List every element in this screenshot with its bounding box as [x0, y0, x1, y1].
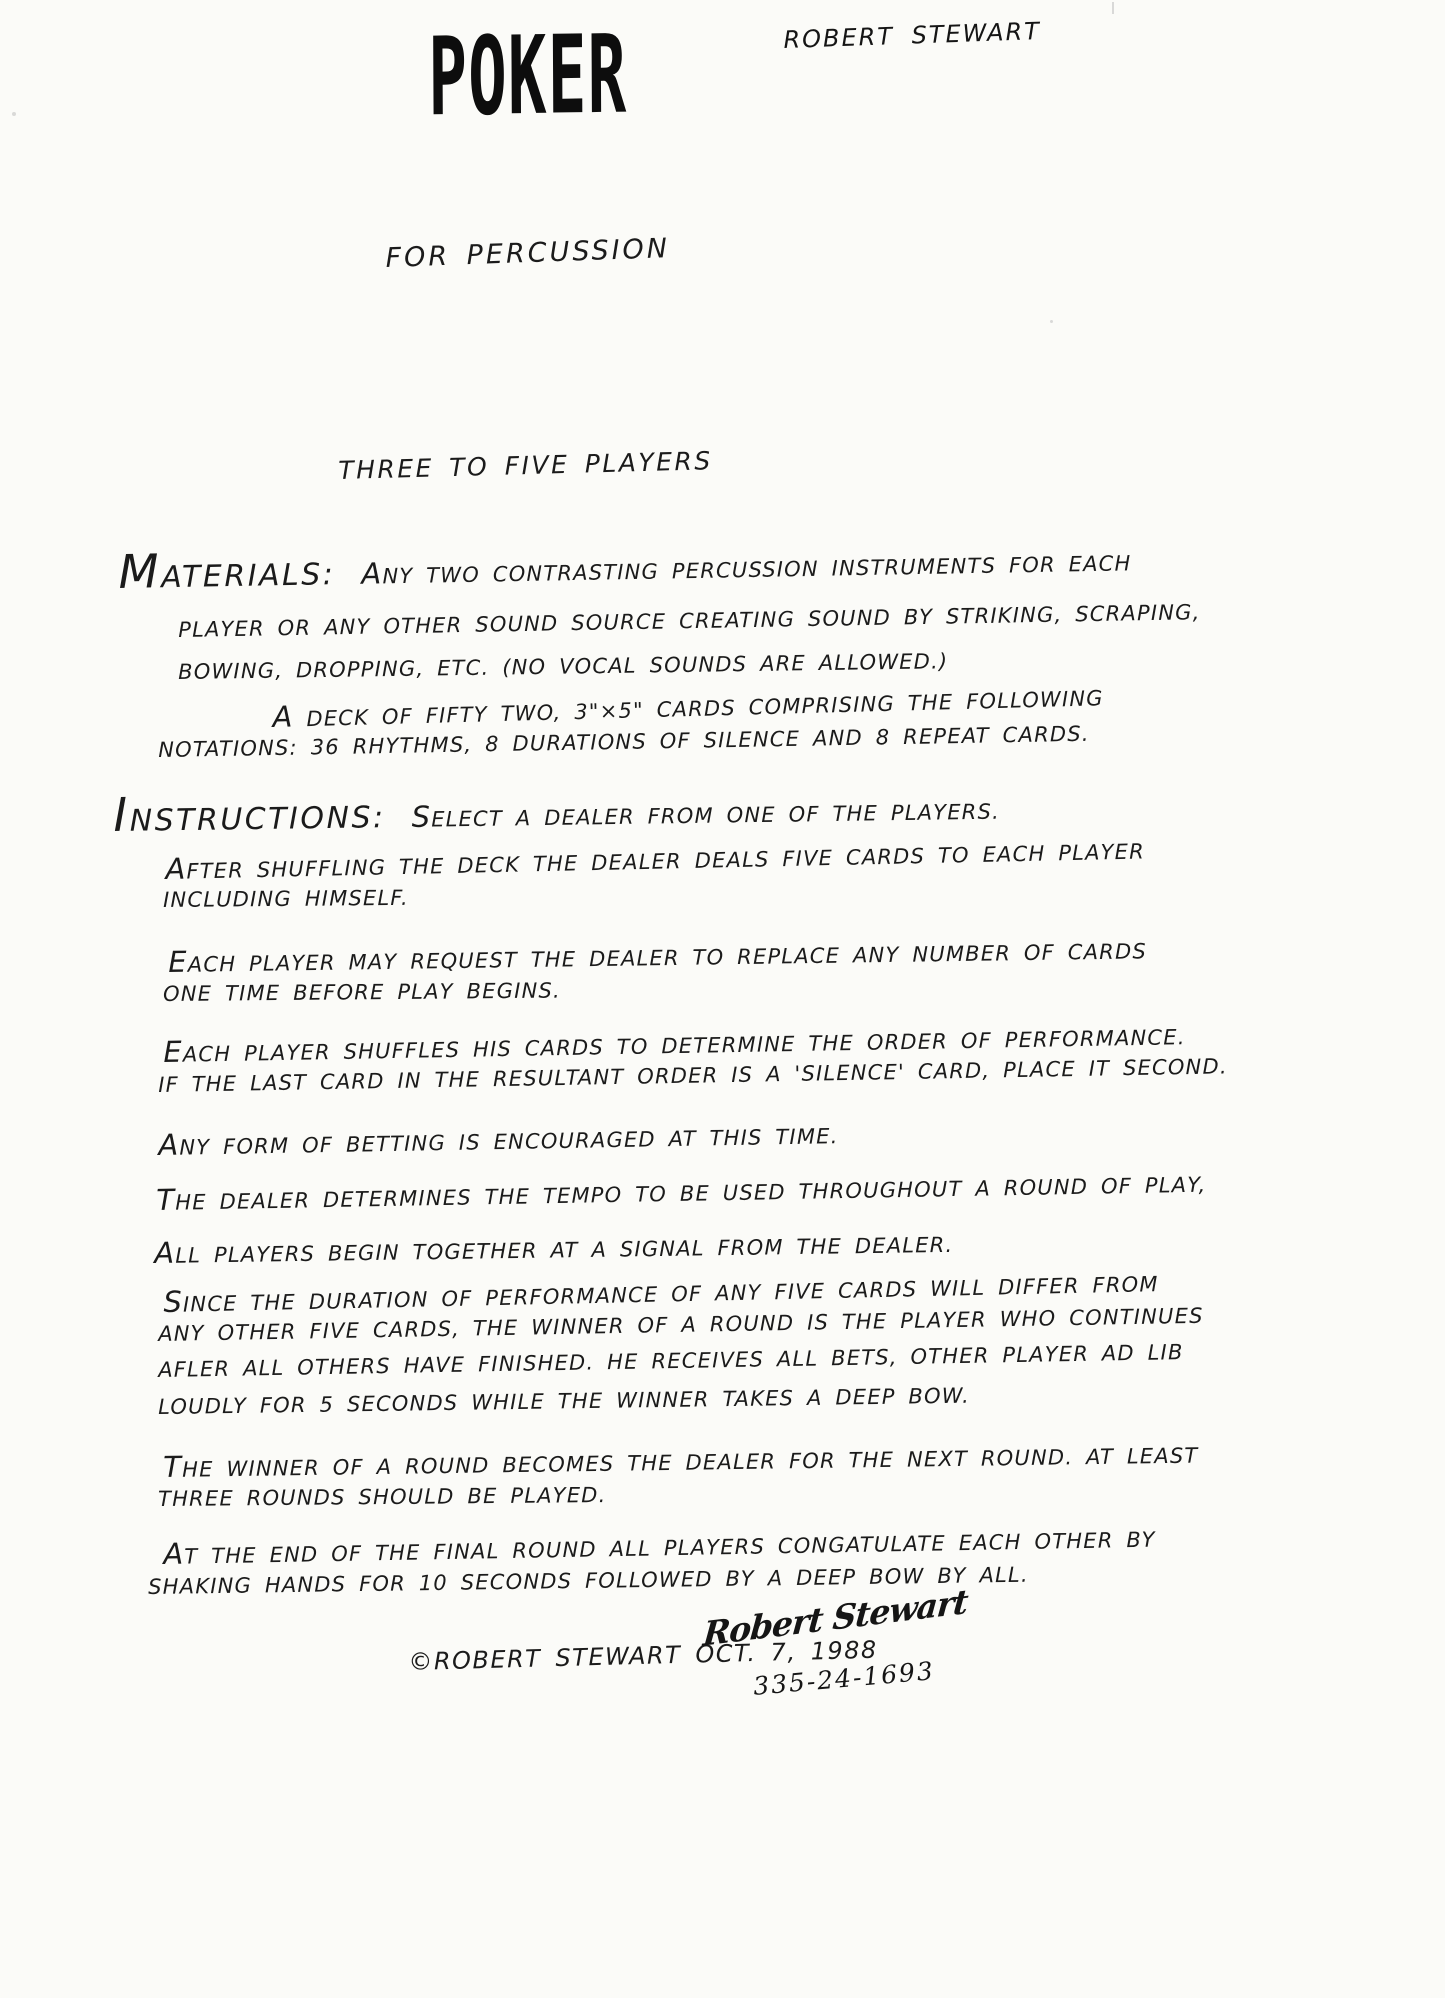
materials-line: ANY TWO CONTRASTING PERCUSSION INSTRUMEN…	[361, 543, 1132, 590]
paragraph-line: THE DEALER DETERMINES THE TEMPO TO BE US…	[156, 1165, 1207, 1217]
page-title: POKER	[428, 11, 628, 140]
scan-artifact	[1050, 320, 1053, 323]
scan-artifact	[1112, 2, 1114, 14]
paragraph-line: AFLER ALL OTHERS HAVE FINISHED. HE RECEI…	[158, 1340, 1184, 1382]
paragraph-line: AFTER SHUFFLING THE DECK THE DEALER DEAL…	[165, 831, 1145, 886]
paragraph-line: EACH PLAYER MAY REQUEST THE DEALER TO RE…	[168, 931, 1147, 979]
paragraph-line: ALL PLAYERS BEGIN TOGETHER AT A SIGNAL F…	[154, 1225, 954, 1270]
paragraph-line: INCLUDING HIMSELF.	[163, 886, 409, 912]
paragraph-line: ANY FORM OF BETTING IS ENCOURAGED AT THI…	[158, 1116, 839, 1162]
instructions-heading-line: INSTRUCTIONS:SELECT A DEALER FROM ONE OF…	[113, 776, 1000, 842]
scan-artifact	[12, 112, 16, 116]
scan-artifact	[590, 0, 1150, 12]
paragraph-line: LOUDLY FOR 5 SECONDS WHILE THE WINNER TA…	[158, 1384, 970, 1419]
paragraph-line: THE WINNER OF A ROUND BECOMES THE DEALER…	[163, 1436, 1199, 1484]
paragraph-line: THREE ROUNDS SHOULD BE PLAYED.	[158, 1483, 607, 1511]
players-line: THREE TO FIVE PLAYERS	[338, 446, 713, 485]
materials-heading: MATERIALS:	[118, 541, 336, 599]
materials-line: BOWING, DROPPING, ETC. (NO VOCAL SOUNDS …	[178, 649, 948, 684]
instructions-lead: SELECT A DEALER FROM ONE OF THE PLAYERS.	[411, 792, 1000, 834]
dedication-line: FOR PERCUSSION	[385, 233, 670, 274]
scanned-document-page: POKER ROBERT STEWART FOR PERCUSSION THRE…	[0, 0, 1445, 1998]
instructions-heading: INSTRUCTIONS:	[113, 784, 386, 842]
materials-heading-line: MATERIALS:ANY TWO CONTRASTING PERCUSSION…	[118, 527, 1132, 599]
author-name: ROBERT STEWART	[783, 17, 1041, 54]
materials-line: PLAYER OR ANY OTHER SOUND SOURCE CREATIN…	[178, 600, 1201, 642]
paragraph-line: ONE TIME BEFORE PLAY BEGINS.	[163, 979, 561, 1006]
